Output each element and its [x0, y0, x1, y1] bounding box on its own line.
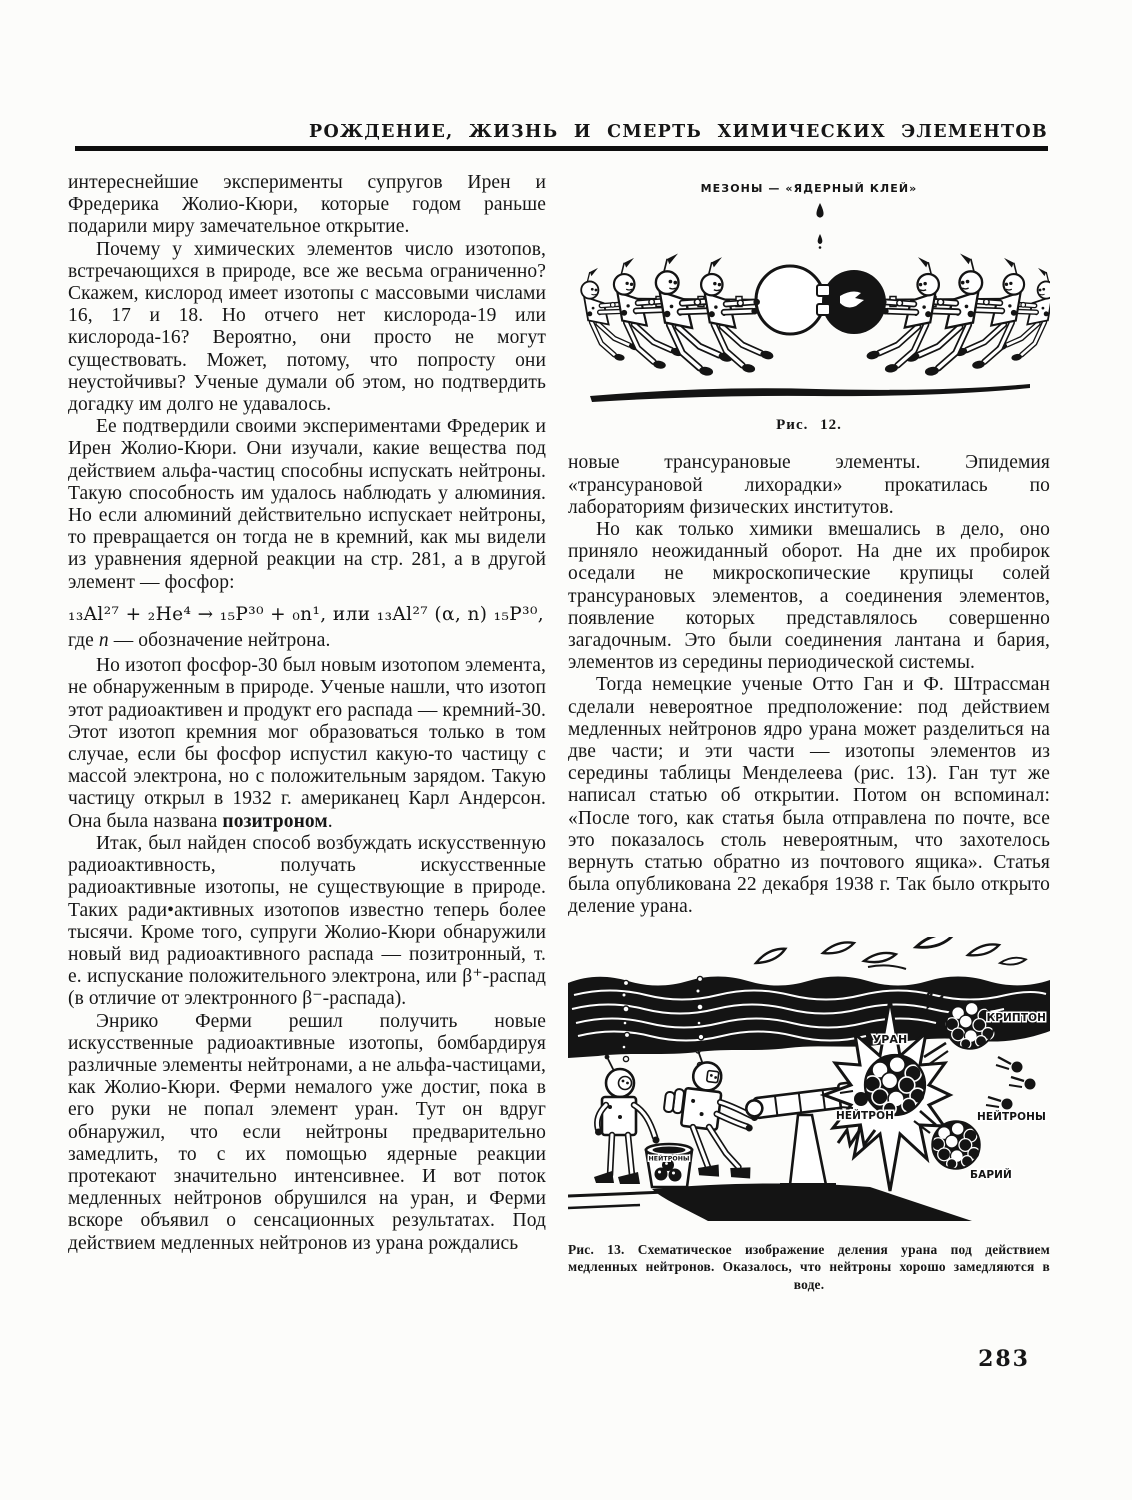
right-column: МЕЗОНЫ — «ЯДЕРНЫЙ КЛЕЙ»: [568, 172, 1050, 1293]
paragraph: Но как только химики вмешались в дело, о…: [568, 519, 1050, 674]
barium-label: БАРИЙ: [970, 1168, 1012, 1181]
figure-13: НЕЙТРОНЫ: [568, 937, 1050, 1294]
white-nucleon-sphere: [756, 266, 824, 334]
paragraph: Но изотоп фосфор-30 был новым изотопом э…: [68, 655, 546, 833]
robot-team-left: [581, 254, 774, 377]
paragraph: Почему у химических элементов число изот…: [68, 239, 546, 417]
figure-12-caption: Рис. 12.: [568, 414, 1050, 436]
neutron-bucket: НЕЙТРОНЫ: [646, 1144, 692, 1187]
mesons-tug-of-war-illustration: [568, 200, 1050, 412]
left-column: интереснейшие эксперименты супругов Ирен…: [68, 172, 546, 1255]
positron-term: позитроном: [222, 811, 327, 832]
escaping-neutrons: [986, 1057, 1036, 1110]
figure-12-label: МЕЗОНЫ — «ЯДЕРНЫЙ КЛЕЙ»: [568, 178, 1050, 200]
meson-droplet-icon: [818, 234, 823, 244]
ground-shadow: [590, 384, 1030, 402]
paragraph: Энрико Ферми решил получить новые искусс…: [68, 1011, 546, 1255]
robot-team-right: [866, 254, 1050, 377]
paragraph: Тогда немецкие ученые Отто Ган и Ф. Штра…: [568, 674, 1050, 918]
meson-droplet-icon: [816, 203, 823, 218]
paragraph: Итак, был найден способ возбуждать искус…: [68, 833, 546, 1011]
figure-12: МЕЗОНЫ — «ЯДЕРНЫЙ КЛЕЙ»: [568, 178, 1050, 436]
formula-note-text: где: [68, 630, 99, 651]
nuclear-reaction-formula: ₁₃Al²⁷ + ₂He⁴ → ₁₅P³⁰ + ₀n¹, или ₁₃Al²⁷ …: [68, 604, 546, 626]
paragraph: интереснейшие эксперименты супругов Ирен…: [68, 172, 546, 239]
uranium-fission-illustration: НЕЙТРОНЫ: [568, 937, 1050, 1229]
neutron-symbol: n: [99, 630, 109, 651]
book-page: РОЖДЕНИЕ, ЖИЗНЬ И СМЕРТЬ ХИМИЧЕСКИХ ЭЛЕМ…: [0, 0, 1132, 1500]
running-head: РОЖДЕНИЕ, ЖИЗНЬ И СМЕРТЬ ХИМИЧЕСКИХ ЭЛЕМ…: [309, 122, 1048, 142]
header-rule: [75, 146, 1048, 151]
krypton-label: КРИПТОН: [987, 1012, 1046, 1024]
paragraph-text: .: [328, 811, 333, 832]
uranium-label: УРАН: [873, 1033, 908, 1046]
formula-note-text: — обозначение нейтрона.: [109, 630, 331, 651]
uranium-nucleus: [865, 1055, 925, 1115]
bucket-label: НЕЙТРОНЫ: [649, 1153, 690, 1162]
paragraph: Ее подтвердили своими экспериментами Фре…: [68, 416, 546, 594]
sea-floor: [568, 1183, 972, 1221]
page-number: 283: [978, 1346, 1030, 1372]
formula-note: где n — обозначение нейтрона.: [68, 630, 546, 652]
figure-13-caption: Рис. 13. Схематическое изображение делен…: [568, 1241, 1050, 1294]
neutron-label: НЕЙТРОН: [836, 1109, 894, 1122]
neutrons-label: НЕЙТРОНЫ: [977, 1110, 1046, 1123]
water-splash: [755, 937, 1026, 969]
paragraph: новые трансурановые элементы. Эпидемия «…: [568, 452, 1050, 519]
paragraph-text: Но изотоп фосфор-30 был новым изотопом э…: [68, 655, 546, 831]
